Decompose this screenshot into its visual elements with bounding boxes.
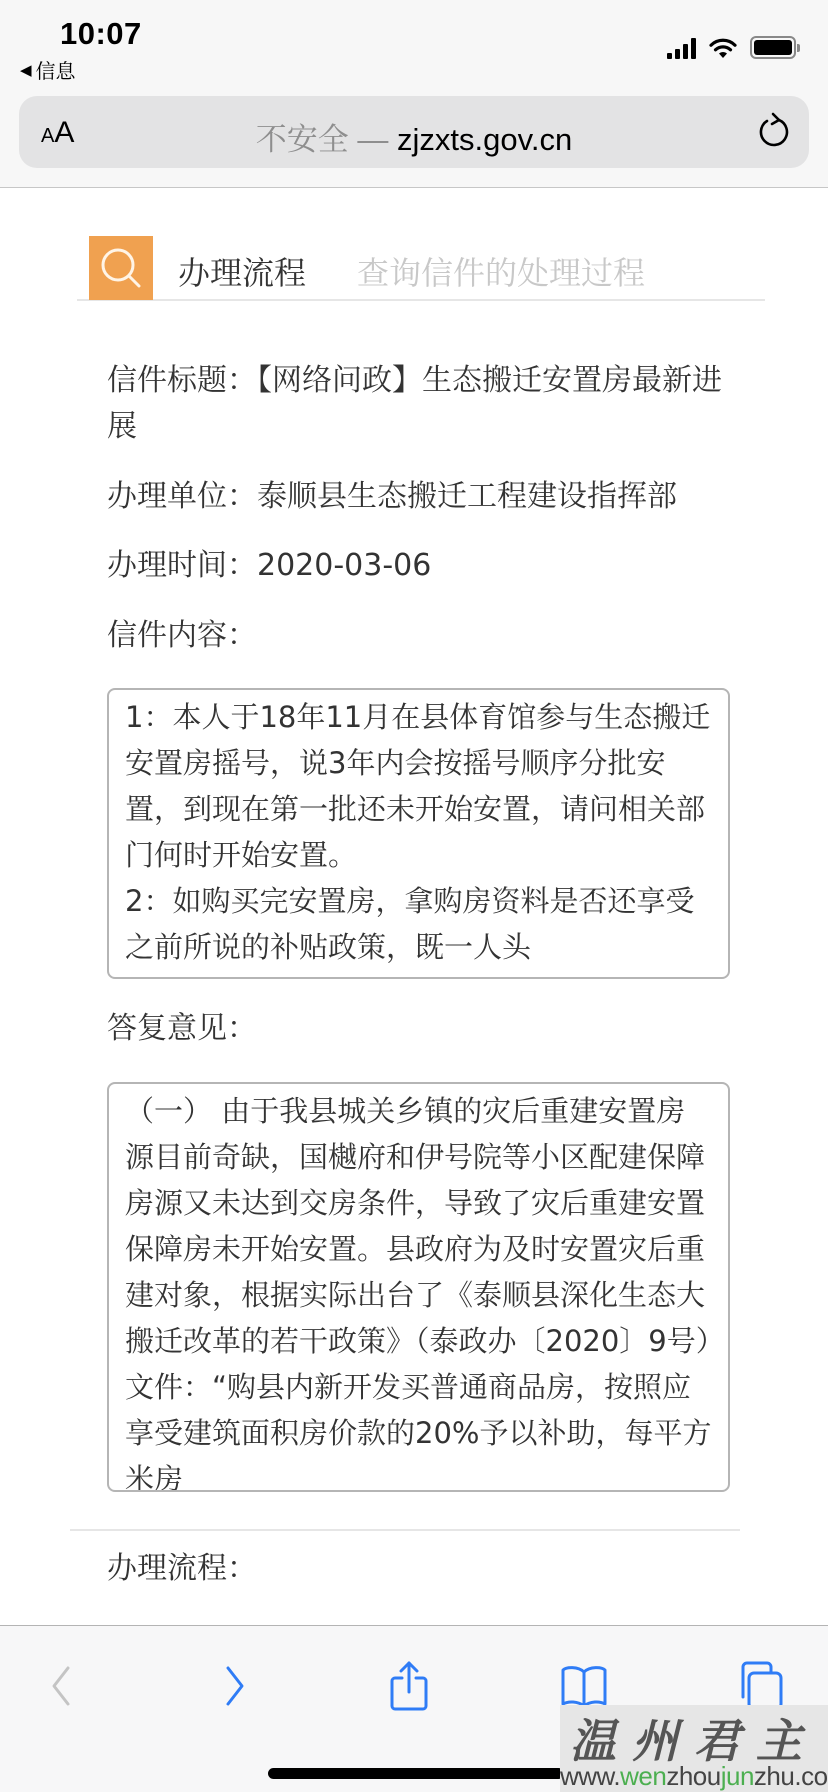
watermark-url: www.wenzhoujunzhu.com — [560, 1761, 828, 1792]
back-to-app-button[interactable]: ◀ 信息 — [20, 55, 76, 84]
reply-content-box[interactable]: （一） 由于我县城关乡镇的灾后重建安置房源目前奇缺，国樾府和伊号院等小区配建保障… — [107, 1082, 730, 1492]
watermark: 温州君主 www.wenzhoujunzhu.com — [560, 1705, 828, 1792]
search-icon — [89, 236, 153, 300]
status-bar: 10:07 ◀ 信息 — [0, 0, 828, 92]
handling-time-value: 2020-03-06 — [257, 548, 431, 583]
battery-icon — [750, 36, 796, 59]
book-icon — [560, 1664, 608, 1708]
chevron-right-icon — [220, 1664, 250, 1708]
reply-label: 答复意见： — [107, 1006, 727, 1052]
forward-button[interactable] — [205, 1656, 265, 1716]
tabs-icon — [735, 1661, 785, 1711]
process-label: 办理流程： — [107, 1546, 727, 1592]
back-button[interactable] — [31, 1656, 91, 1716]
handling-time-row: 办理时间：2020-03-06 — [107, 543, 727, 589]
status-icons — [667, 36, 796, 59]
clock: 10:07 — [60, 16, 142, 52]
wifi-icon — [708, 37, 738, 59]
insecure-label: 不安全 — — [256, 122, 397, 157]
handling-unit-label: 办理单位： — [107, 479, 257, 514]
section-header: 办理流程 查询信件的处理过程 — [77, 236, 765, 301]
letter-content-label: 信件内容： — [107, 613, 727, 659]
handling-time-label: 办理时间： — [107, 548, 257, 583]
home-indicator[interactable] — [268, 1768, 564, 1779]
browser-address-area: AA 不安全 — zjzxts.gov.cn — [0, 92, 828, 188]
letter-content-text: 1：本人于18年11月在县体育馆参与生态搬迁安置房摇号，说3年内会按摇号顺序分批… — [109, 694, 728, 970]
address-bar[interactable]: AA 不安全 — zjzxts.gov.cn — [19, 96, 809, 168]
reload-icon[interactable] — [755, 112, 791, 152]
url-domain: zjzxts.gov.cn — [397, 122, 572, 157]
back-triangle-icon: ◀ — [20, 61, 32, 79]
reply-content-text: （一） 由于我县城关乡镇的灾后重建安置房源目前奇缺，国樾府和伊号院等小区配建保障… — [109, 1088, 728, 1492]
section-subtitle: 查询信件的处理过程 — [357, 248, 645, 294]
handling-unit-value: 泰顺县生态搬迁工程建设指挥部 — [257, 479, 677, 514]
section-title: 办理流程 — [178, 248, 306, 294]
url-display[interactable]: 不安全 — zjzxts.gov.cn — [19, 114, 809, 159]
share-button[interactable] — [379, 1656, 439, 1716]
handling-unit-row: 办理单位：泰顺县生态搬迁工程建设指挥部 — [107, 474, 727, 520]
share-icon — [389, 1660, 429, 1712]
back-app-label: 信息 — [36, 55, 76, 84]
cellular-signal-icon — [667, 37, 696, 59]
divider — [70, 1529, 740, 1531]
letter-title-label: 信件标题： — [107, 363, 257, 398]
chevron-left-icon — [46, 1664, 76, 1708]
letter-title-row: 信件标题：【网络问政】生态搬迁安置房最新进展 — [107, 358, 727, 450]
letter-content-box[interactable]: 1：本人于18年11月在县体育馆参与生态搬迁安置房摇号，说3年内会按摇号顺序分批… — [107, 688, 730, 979]
